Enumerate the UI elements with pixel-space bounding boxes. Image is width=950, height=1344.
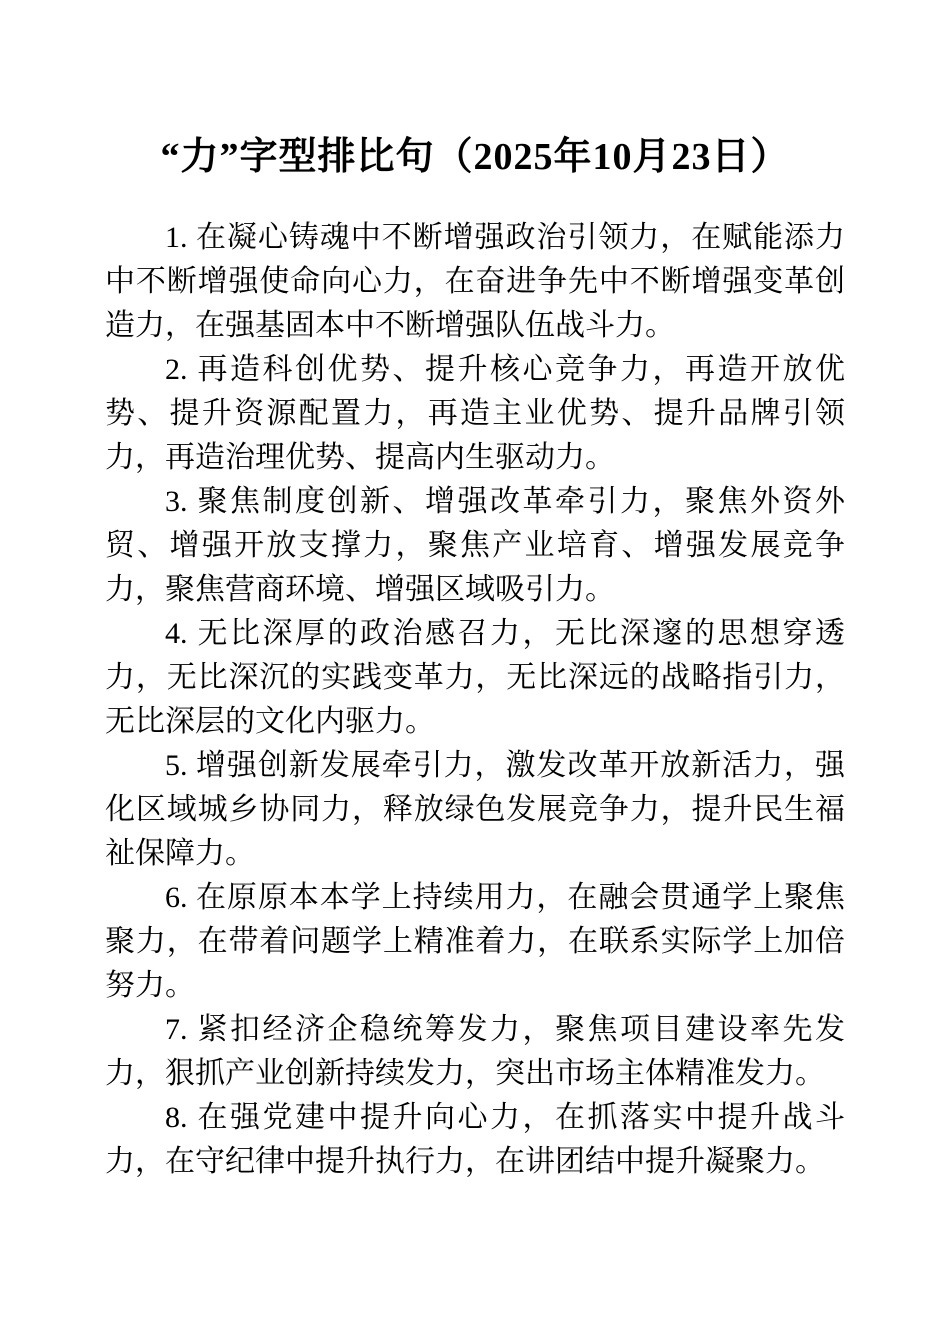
paragraph-8: 8. 在强党建中提升向心力，在抓落实中提升战斗力，在守纪律中提升执行力，在讲团结… [105, 1096, 845, 1184]
document-body: 1. 在凝心铸魂中不断增强政治引领力，在赋能添力中不断增强使命向心力，在奋进争先… [105, 216, 845, 1184]
paragraph-7: 7. 紧扣经济企稳统筹发力，聚焦项目建设率先发力，狠抓产业创新持续发力，突出市场… [105, 1008, 845, 1096]
document-page: “力”字型排比句（2025年10月23日） 1. 在凝心铸魂中不断增强政治引领力… [0, 0, 950, 1344]
paragraph-5: 5. 增强创新发展牵引力，激发改革开放新活力，强化区域城乡协同力，释放绿色发展竞… [105, 744, 845, 876]
paragraph-4: 4. 无比深厚的政治感召力，无比深邃的思想穿透力，无比深沉的实践变革力，无比深远… [105, 612, 845, 744]
paragraph-3: 3. 聚焦制度创新、增强改革牵引力，聚焦外资外贸、增强开放支撑力，聚焦产业培育、… [105, 480, 845, 612]
paragraph-2: 2. 再造科创优势、提升核心竞争力，再造开放优势、提升资源配置力，再造主业优势、… [105, 348, 845, 480]
document-title: “力”字型排比句（2025年10月23日） [105, 132, 845, 182]
paragraph-6: 6. 在原原本本学上持续用力，在融会贯通学上聚焦聚力，在带着问题学上精准着力，在… [105, 876, 845, 1008]
paragraph-1: 1. 在凝心铸魂中不断增强政治引领力，在赋能添力中不断增强使命向心力，在奋进争先… [105, 216, 845, 348]
